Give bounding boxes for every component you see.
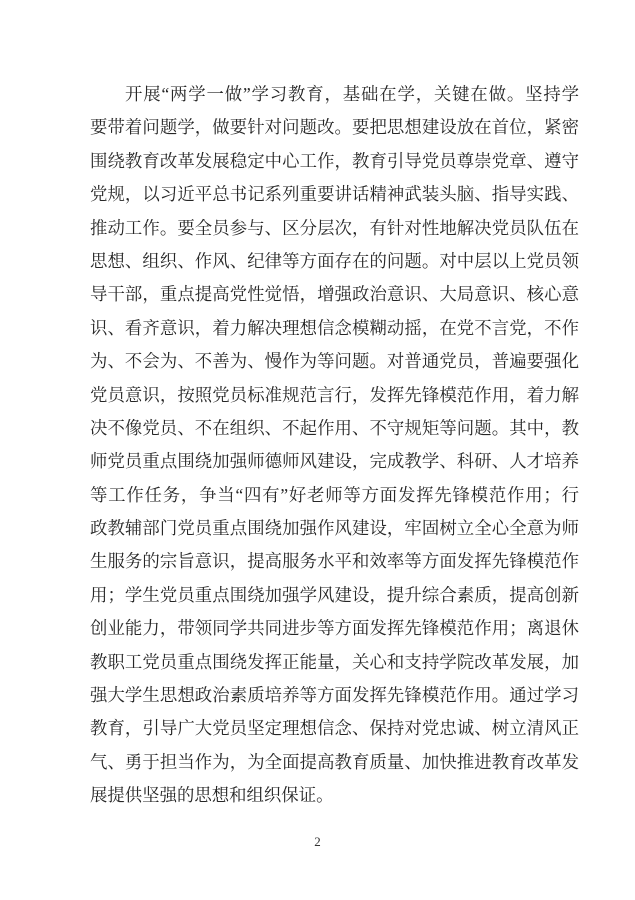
text-line: 教育，引导广大党员坚定理想信念、保持对党忠诚、树立清风正 xyxy=(90,712,579,745)
text-line: 政教辅部门党员重点围绕加强作风建设，牢固树立全心全意为师 xyxy=(90,512,579,545)
text-line: 党规，以习近平总书记系列重要讲话精神武装头脑、指导实践、 xyxy=(90,178,579,211)
text-line: 强大学生思想政治素质培养等方面发挥先锋模范作用。通过学习 xyxy=(90,679,579,712)
text-line: 展提供坚强的思想和组织保证。 xyxy=(90,779,579,812)
text-line: 气、勇于担当作为，为全面提高教育质量、加快推进教育改革发 xyxy=(90,746,579,779)
text-line: 为、不会为、不善为、慢作为等问题。对普通党员，普遍要强化 xyxy=(90,345,579,378)
document-page: 开展“两学一做”学习教育，基础在学，关键在做。坚持学 要带着问题学，做要针对问题… xyxy=(0,0,635,900)
text-line: 教职工党员重点围绕发挥正能量，关心和支持学院改革发展，加 xyxy=(90,646,579,679)
page-number-footer: 2 xyxy=(0,834,635,850)
text-line: 思想、组织、作风、纪律等方面存在的问题。对中层以上党员领 xyxy=(90,245,579,278)
text-line: 开展“两学一做”学习教育，基础在学，关键在做。坚持学 xyxy=(90,78,579,111)
text-line: 等工作任务，争当“四有”好老师等方面发挥先锋模范作用；行 xyxy=(90,479,579,512)
text-line: 用；学生党员重点围绕加强学风建设，提升综合素质，提高创新 xyxy=(90,579,579,612)
text-line: 党员意识，按照党员标准规范言行，发挥先锋模范作用，着力解 xyxy=(90,379,579,412)
text-line: 推动工作。要全员参与、区分层次，有针对性地解决党员队伍在 xyxy=(90,212,579,245)
text-line: 创业能力，带领同学共同进步等方面发挥先锋模范作用；离退休 xyxy=(90,612,579,645)
text-line: 识、看齐意识，着力解决理想信念模糊动摇，在党不言党，不作 xyxy=(90,312,579,345)
text-line: 要带着问题学，做要针对问题改。要把思想建设放在首位，紧密 xyxy=(90,111,579,144)
text-line: 围绕教育改革发展稳定中心工作，教育引导党员尊崇党章、遵守 xyxy=(90,145,579,178)
text-line: 生服务的宗旨意识，提高服务水平和效率等方面发挥先锋模范作 xyxy=(90,545,579,578)
text-line: 师党员重点围绕加强师德师风建设，完成教学、科研、人才培养 xyxy=(90,445,579,478)
text-line: 决不像党员、不在组织、不起作用、不守规矩等问题。其中，教 xyxy=(90,412,579,445)
text-line: 导干部，重点提高党性觉悟，增强政治意识、大局意识、核心意 xyxy=(90,278,579,311)
paragraph-body: 开展“两学一做”学习教育，基础在学，关键在做。坚持学 要带着问题学，做要针对问题… xyxy=(90,78,579,813)
